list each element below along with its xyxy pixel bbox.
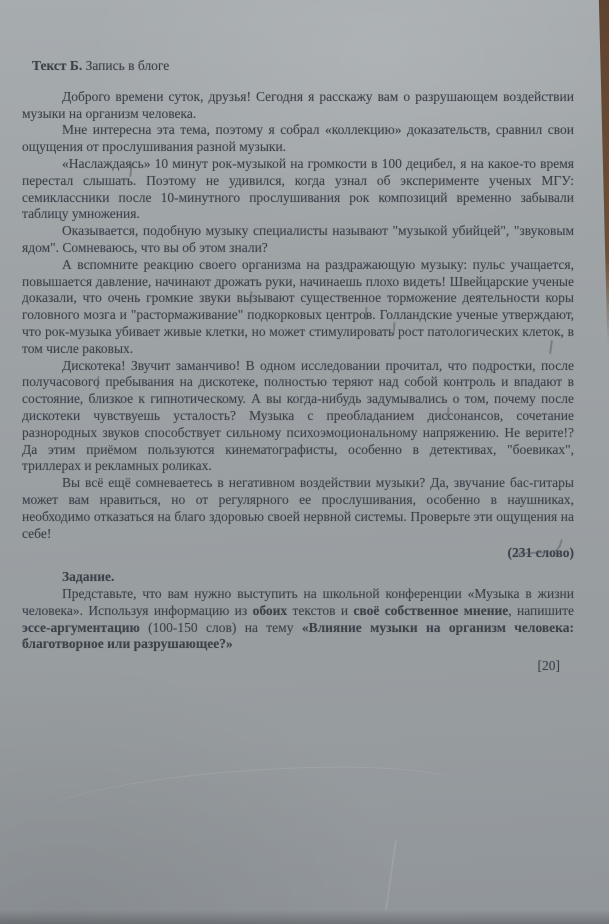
task-header: Задание.: [22, 569, 574, 586]
photo-bottom-shadow: [0, 910, 609, 924]
paragraph-4: Оказывается, подобную музыку специалисты…: [22, 223, 574, 257]
paper-crease: [385, 840, 397, 910]
paragraph-2: Мне интересна эта тема, поэтому я собрал…: [22, 122, 574, 156]
task-text-segment-bold: обоих: [253, 603, 288, 618]
paragraph-7: Вы всё ещё сомневаетесь в негативном воз…: [22, 475, 574, 542]
word-count: (231 слово): [22, 545, 574, 562]
task-text-segment: , напишите: [508, 603, 574, 618]
paragraph-1: Доброго времени суток, друзья! Сегодня я…: [22, 89, 574, 123]
task-text-segment: (100-150 слов) на тему: [140, 620, 302, 635]
paragraph-3: «Наслаждаясь» 10 минут рок-музыкой на гр…: [22, 156, 574, 223]
table-edge-strip: [596, 0, 609, 345]
paragraph-6: Дискотека! Звучит заманчиво! В одном исс…: [22, 358, 574, 476]
task-text-segment-bold: своё собственное мнение: [353, 603, 508, 618]
document-title: Текст Б. Запись в блоге: [32, 58, 574, 75]
document-title-label: Текст Б.: [32, 58, 82, 73]
paragraph-5: А вспомните реакцию своего организма на …: [22, 257, 574, 358]
task-paragraph: Представьте, что вам нужно выступить на …: [22, 586, 574, 653]
document-title-subtitle: Запись в блоге: [82, 58, 169, 73]
document-text-block: Текст Б. Запись в блоге Доброго времени …: [22, 58, 574, 675]
task-text-segment: текстов и: [287, 603, 353, 618]
paper-crease: [38, 755, 461, 845]
photographed-document-page: Текст Б. Запись в блоге Доброго времени …: [0, 0, 609, 924]
score-marks: [20]: [22, 658, 574, 675]
task-text-segment-bold: эссе-аргументацию: [22, 620, 140, 635]
